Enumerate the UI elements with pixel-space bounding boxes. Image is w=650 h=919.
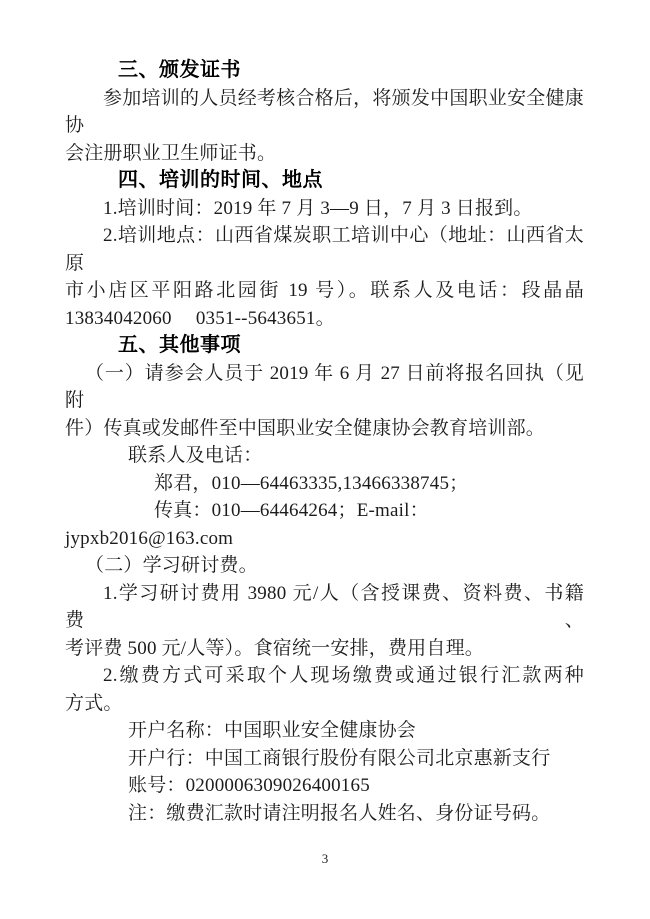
para-registration-line2: 件）传真或发邮件至中国职业安全健康协会教育培训部。	[65, 415, 584, 443]
para-registration-line1: （一）请参会人员于 2019 年 6 月 27 日前将报名回执（见附	[65, 360, 584, 415]
bank-name: 开户行：中国工商银行股份有限公司北京惠新支行	[65, 745, 584, 773]
document-page: 三、颁发证书 参加培训的人员经考核合格后，将颁发中国职业安全健康协 会注册职业卫…	[0, 0, 650, 919]
document-content: 三、颁发证书 参加培训的人员经考核合格后，将颁发中国职业安全健康协 会注册职业卫…	[65, 57, 584, 827]
section-heading-certificate: 三、颁发证书	[65, 57, 584, 85]
para-certificate-line1: 参加培训的人员经考核合格后，将颁发中国职业安全健康协	[65, 85, 584, 140]
contact-person-phone: 郑君，010—64463335,13466338745；	[65, 470, 584, 498]
para-training-time: 1.培训时间：2019 年 7 月 3—9 日，7 月 3 日报到。	[65, 195, 584, 223]
para-certificate-line2: 会注册职业卫生师证书。	[65, 140, 584, 168]
para-fee-detail-line2: 考评费 500 元/人等）。食宿统一安排，费用自理。	[65, 635, 584, 663]
para-fee-detail-line1: 1.学习研讨费用 3980 元/人（含授课费、资料费、书籍费、	[65, 580, 584, 635]
account-name: 开户名称：中国职业安全健康协会	[65, 717, 584, 745]
para-payment-method-line1: 2.缴费方式可采取个人现场缴费或通过银行汇款两种	[65, 662, 584, 690]
section-heading-other-matters: 五、其他事项	[65, 332, 584, 360]
section-heading-schedule: 四、培训的时间、地点	[65, 167, 584, 195]
account-number: 账号：0200006309026400165	[65, 772, 584, 800]
para-training-location-phones: 13834042060 0351--5643651。	[65, 305, 584, 333]
contact-fax-email: 传真：010—64464264；E-mail：jypxb2016@163.com	[65, 497, 584, 552]
contact-label: 联系人及电话：	[65, 442, 584, 470]
para-training-location-line2: 市小店区平阳路北园街 19 号）。联系人及电话：段晶晶	[65, 277, 584, 305]
page-number: 3	[0, 851, 650, 867]
para-fee-subheading: （二）学习研讨费。	[65, 552, 584, 580]
para-payment-method-line2: 方式。	[65, 690, 584, 718]
para-training-location-line1: 2.培训地点：山西省煤炭职工培训中心（地址：山西省太原	[65, 222, 584, 277]
payment-note: 注：缴费汇款时请注明报名人姓名、身份证号码。	[65, 800, 584, 828]
